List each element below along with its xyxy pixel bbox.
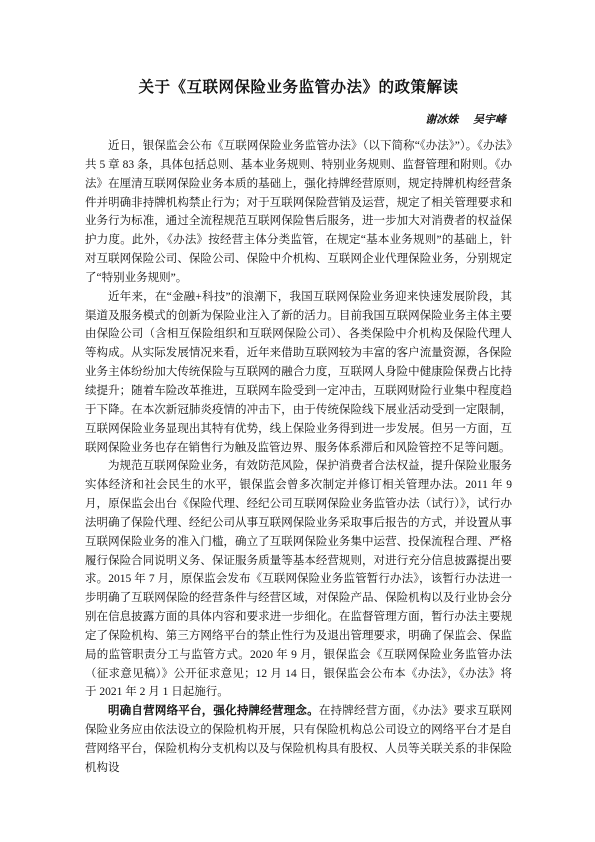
document-body: 近日，银保监会公布《互联网保险业务监管办法》（以下简称“《办法》”）。《办法》共… (85, 137, 512, 778)
body-paragraph-1: 近日，银保监会公布《互联网保险业务监管办法》（以下简称“《办法》”）。《办法》共… (85, 137, 512, 288)
paragraph-1-text: 近日，银保监会公布《互联网保险业务监管办法》（以下简称“《办法》”）。《办法》共… (85, 140, 512, 284)
body-paragraph-4: 明确自营网络平台，强化持牌经营理念。在持牌经营方面，《办法》要求互联网保险业务应… (85, 702, 512, 777)
document-page: 关于《互联网保险业务监管办法》的政策解读 谢冰姝 吴宇峰 近日，银保监会公布《互… (0, 0, 595, 842)
body-paragraph-3: 为规范互联网保险业务，有效防范风险，保护消费者合法权益，提升保险业服务实体经济和… (85, 457, 512, 702)
body-paragraph-2: 近年来，在“金融+科技”的浪潮下，我国互联网保险业务迎来快速发展阶段，其渠道及服… (85, 288, 512, 458)
authors-line: 谢冰姝 吴宇峰 (85, 113, 512, 127)
author-name-1: 谢冰姝 (425, 113, 458, 127)
paragraph-3-text: 为规范互联网保险业务，有效防范风险，保护消费者合法权益，提升保险业服务实体经济和… (85, 460, 512, 698)
author-name-2: 吴宇峰 (473, 113, 506, 127)
document-content: 关于《互联网保险业务监管办法》的政策解读 谢冰姝 吴宇峰 近日，银保监会公布《互… (85, 76, 512, 778)
paragraph-4-bold-lead: 明确自营网络平台，强化持牌经营理念。 (108, 705, 319, 717)
paragraph-2-text: 近年来，在“金融+科技”的浪潮下，我国互联网保险业务迎来快速发展阶段，其渠道及服… (85, 291, 512, 454)
page-title: 关于《互联网保险业务监管办法》的政策解读 (85, 76, 512, 100)
